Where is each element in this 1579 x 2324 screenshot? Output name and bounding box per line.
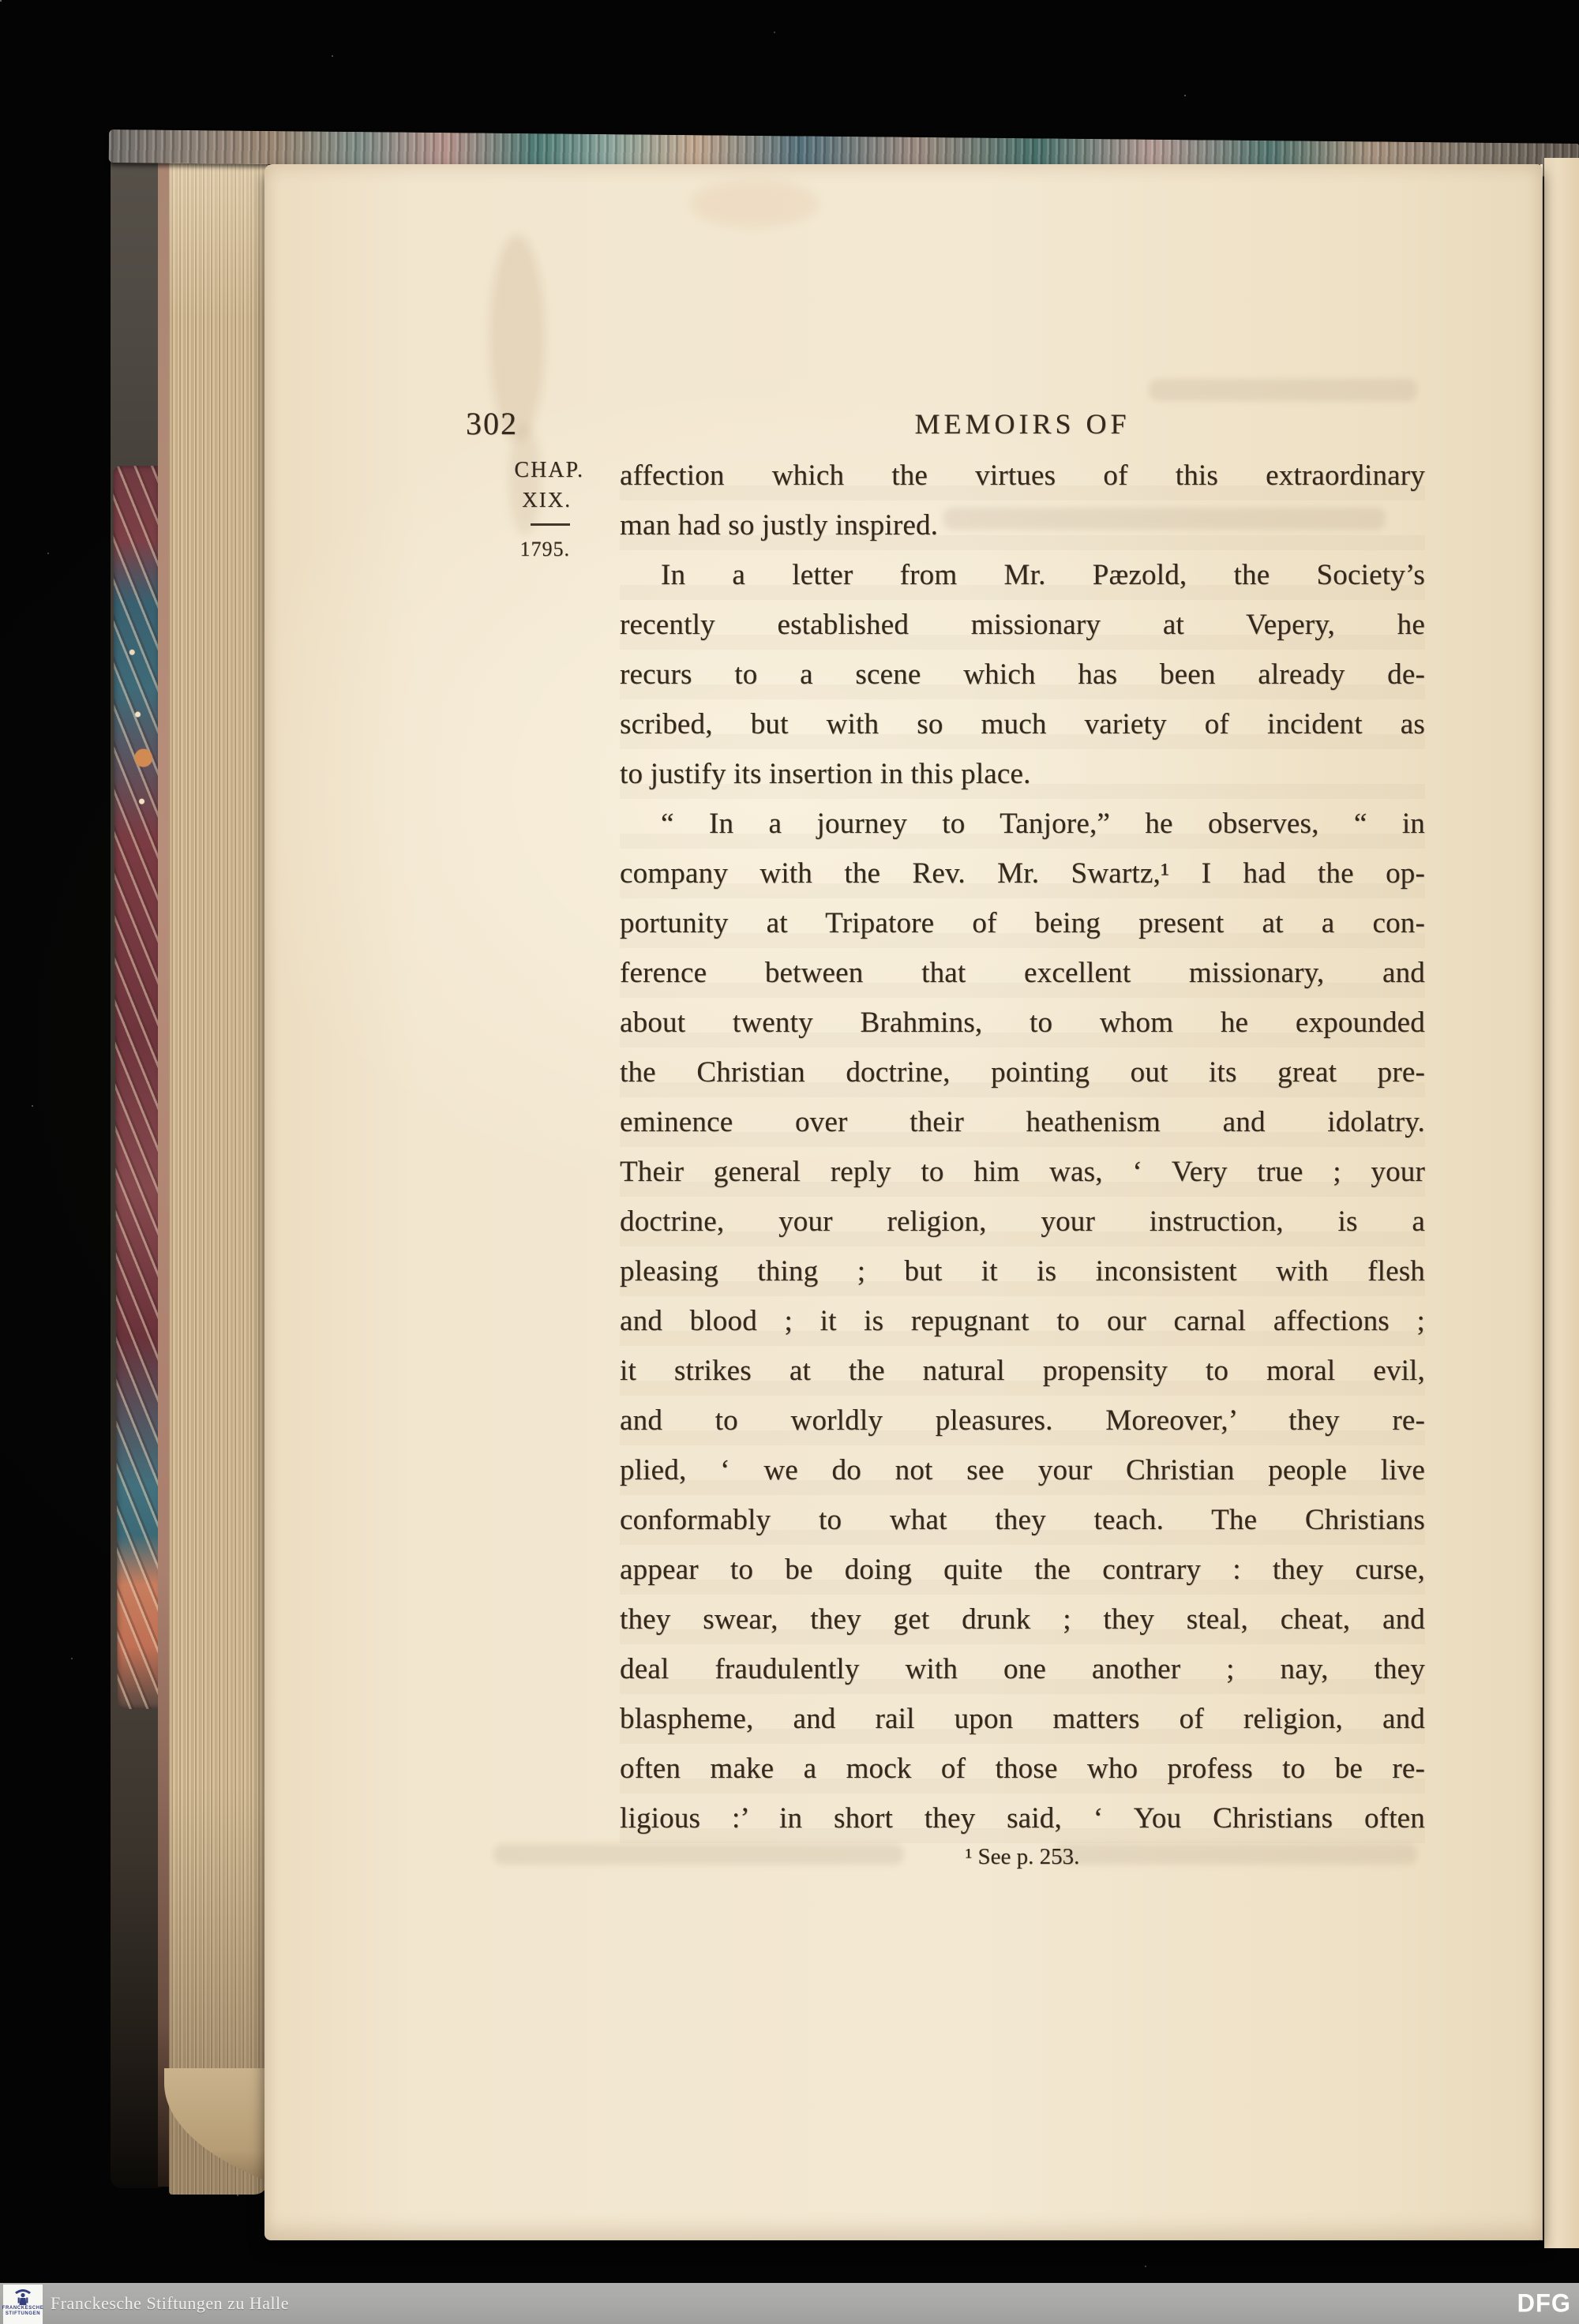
institution-logo: FRANCKESCHE STIFTUNGEN bbox=[3, 2285, 43, 2324]
body-line: pleasing thing ; but it is inconsistent … bbox=[620, 1246, 1425, 1296]
dfg-logo: DFG bbox=[1517, 2282, 1571, 2324]
margin-column: CHAP. XIX. 1795. bbox=[462, 458, 584, 561]
margin-year: 1795. bbox=[462, 538, 584, 561]
body-line: and blood ; it is repugnant to our carna… bbox=[620, 1296, 1425, 1346]
body-line: appear to be doing quite the contrary : … bbox=[620, 1545, 1425, 1595]
body-line: portunity at Tripatore of being present … bbox=[620, 898, 1425, 948]
chapter-numeral: XIX. bbox=[462, 488, 584, 512]
viewer-footer-bar: FRANCKESCHE STIFTUNGEN Franckesche Stift… bbox=[0, 2283, 1579, 2324]
body-line: the Christian doctrine, pointing out its… bbox=[620, 1048, 1425, 1097]
body-line: eminence over their heathenism and idola… bbox=[620, 1097, 1425, 1147]
logo-text-line1: FRANCKESCHE bbox=[2, 2306, 44, 2311]
chapter-abbr: CHAP. bbox=[462, 458, 584, 483]
facing-page-sliver bbox=[1544, 158, 1579, 2248]
marbled-endpaper bbox=[113, 466, 163, 1709]
logo-text-line2: STIFTUNGEN bbox=[6, 2311, 40, 2317]
body-line: often make a mock of those who profess t… bbox=[620, 1744, 1425, 1794]
page-stack-fore-edges bbox=[169, 155, 268, 2195]
body-line: recently established missionary at Veper… bbox=[620, 600, 1425, 650]
francke-emblem-icon bbox=[14, 2287, 32, 2306]
show-through-smudge bbox=[1149, 379, 1417, 401]
scan-background: 302 MEMOIRS OF CHAP. XIX. 1795. affectio… bbox=[0, 0, 1579, 2324]
body-line: about twenty Brahmins, to whom he expoun… bbox=[620, 998, 1425, 1048]
running-header: MEMOIRS OF bbox=[620, 407, 1425, 440]
body-line: man had so justly inspired. bbox=[620, 500, 1425, 550]
body-line: conformably to what they teach. The Chri… bbox=[620, 1495, 1425, 1545]
body-text: affection which the virtues of this extr… bbox=[620, 451, 1425, 1843]
paper-stain bbox=[691, 180, 817, 227]
dust-specks bbox=[0, 0, 2, 2]
body-line: company with the Rev. Mr. Swartz,¹ I had… bbox=[620, 849, 1425, 898]
body-line: “ In a journey to Tanjore,” he observes,… bbox=[620, 799, 1425, 849]
body-line: doctrine, your religion, your instructio… bbox=[620, 1197, 1425, 1246]
institution-label: Franckesche Stiftungen zu Halle bbox=[51, 2283, 289, 2324]
body-line: ligious :’ in short they said, ‘ You Chr… bbox=[620, 1794, 1425, 1843]
body-line: Their general reply to him was, ‘ Very t… bbox=[620, 1147, 1425, 1197]
body-line: to justify its insertion in this place. bbox=[620, 749, 1425, 799]
body-line: ference between that excellent missionar… bbox=[620, 948, 1425, 998]
body-line: recurs to a scene which has been already… bbox=[620, 650, 1425, 699]
body-line: it strikes at the natural propensity to … bbox=[620, 1346, 1425, 1396]
body-line: they swear, they get drunk ; they steal,… bbox=[620, 1595, 1425, 1644]
body-line: In a letter from Mr. Pæzold, the Society… bbox=[620, 550, 1425, 600]
margin-rule bbox=[531, 523, 570, 526]
body-line: deal fraudulently with one another ; nay… bbox=[620, 1644, 1425, 1694]
body-line: and to worldly pleasures. Moreover,’ the… bbox=[620, 1396, 1425, 1445]
body-line: scribed, but with so much variety of inc… bbox=[620, 699, 1425, 749]
footnote: ¹ See p. 253. bbox=[620, 1844, 1425, 1870]
book-page: 302 MEMOIRS OF CHAP. XIX. 1795. affectio… bbox=[264, 164, 1542, 2240]
body-line: blaspheme, and rail upon matters of reli… bbox=[620, 1694, 1425, 1744]
page-number: 302 bbox=[466, 405, 518, 442]
body-line: affection which the virtues of this extr… bbox=[620, 451, 1425, 500]
body-line: plied, ‘ we do not see your Christian pe… bbox=[620, 1445, 1425, 1495]
